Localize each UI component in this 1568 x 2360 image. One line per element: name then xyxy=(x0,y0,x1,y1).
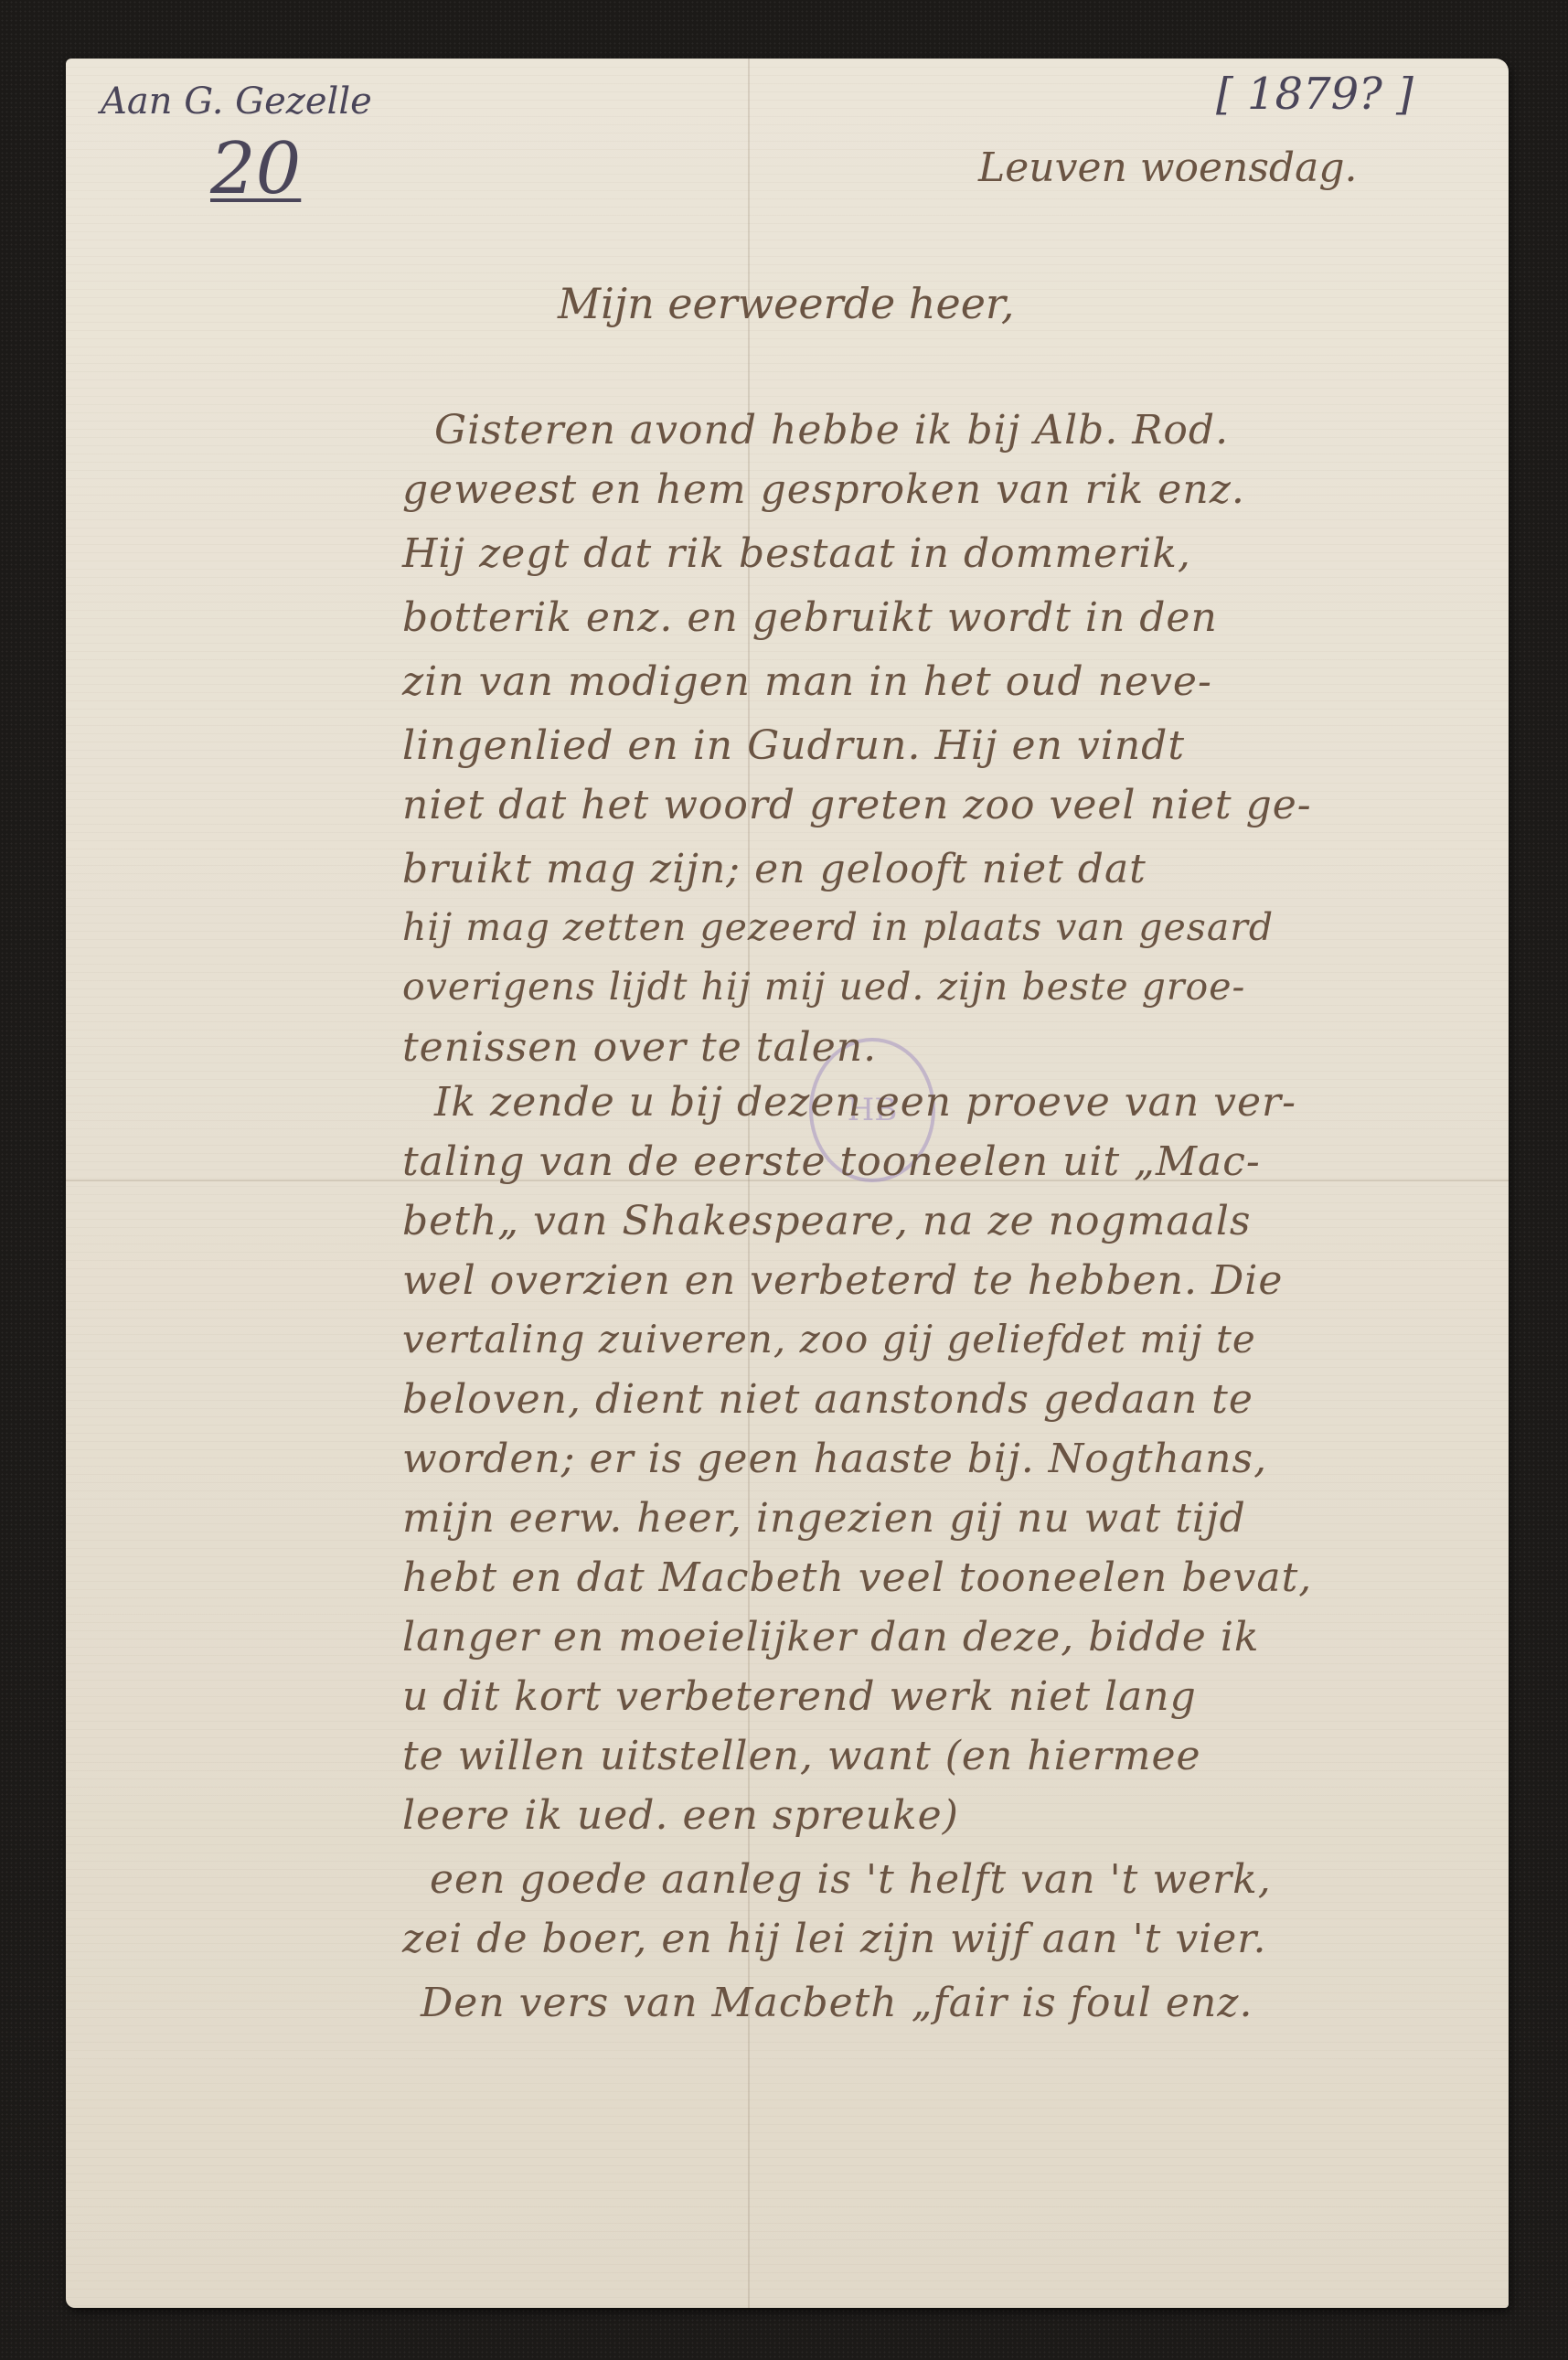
body-line: hij mag zetten gezeerd in plaats van ges… xyxy=(402,905,1274,949)
place-date: Leuven woensdag. xyxy=(978,144,1357,191)
body-line: beth„ van Shakespeare, na ze nogmaals xyxy=(402,1198,1252,1244)
body-line: worden; er is geen haaste bij. Nogthans, xyxy=(402,1436,1267,1482)
body-line: botterik enz. en gebruikt wordt in den xyxy=(402,594,1218,641)
body-line: beloven, dient niet aanstonds gedaan te xyxy=(402,1376,1253,1423)
body-line: wel overzien en verbeterd te hebben. Die xyxy=(402,1257,1283,1304)
archive-number: 20 xyxy=(210,128,301,210)
body-line: u dit kort verbeterend werk niet lang xyxy=(402,1673,1197,1720)
body-line: zei de boer, en hij lei zijn wijf aan 't… xyxy=(402,1916,1267,1962)
body-line: Hij zegt dat rik bestaat in dommerik, xyxy=(402,530,1191,577)
body-line: Den vers van Macbeth „fair is foul enz. xyxy=(421,1980,1253,2026)
body-line: hebt en dat Macbeth veel tooneelen bevat… xyxy=(402,1554,1312,1601)
body-line: geweest en hem gesproken van rik enz. xyxy=(402,466,1245,513)
body-line: zin van modigen man in het oud neve- xyxy=(402,658,1212,705)
salutation: Mijn eerweerde heer, xyxy=(558,279,1015,328)
body-line: mijn eerw. heer, ingezien gij nu wat tij… xyxy=(402,1495,1246,1542)
body-line: tenissen over te talen. xyxy=(402,1024,877,1071)
body-line: bruikt mag zijn; en gelooft niet dat xyxy=(402,846,1147,892)
body-line: langer en moeielijker dan deze, bidde ik xyxy=(402,1614,1260,1661)
body-line: leere ik ued. een spreuke) xyxy=(402,1792,959,1839)
body-line: taling van de eerste tooneelen uit „Mac- xyxy=(402,1138,1261,1185)
date-annotation: [ 1879? ] xyxy=(1216,69,1413,120)
body-line: een goede aanleg is 't helft van 't werk… xyxy=(430,1856,1272,1903)
body-line: overigens lijdt hij mij ued. zijn beste … xyxy=(402,965,1245,1009)
body-line: Ik zende u bij dezen een proeve van ver- xyxy=(434,1079,1296,1126)
body-line: lingenlied en in Gudrun. Hij en vindt xyxy=(402,722,1185,769)
body-line: vertaling zuiveren, zoo gij geliefdet mi… xyxy=(402,1317,1256,1362)
body-line: niet dat het woord greten zoo veel niet … xyxy=(402,782,1312,828)
recipient-annotation: Aan G. Gezelle xyxy=(101,80,372,123)
body-line: Gisteren avond hebbe ik bij Alb. Rod. xyxy=(434,407,1229,454)
body-line: te willen uitstellen, want (en hiermee xyxy=(402,1733,1201,1779)
